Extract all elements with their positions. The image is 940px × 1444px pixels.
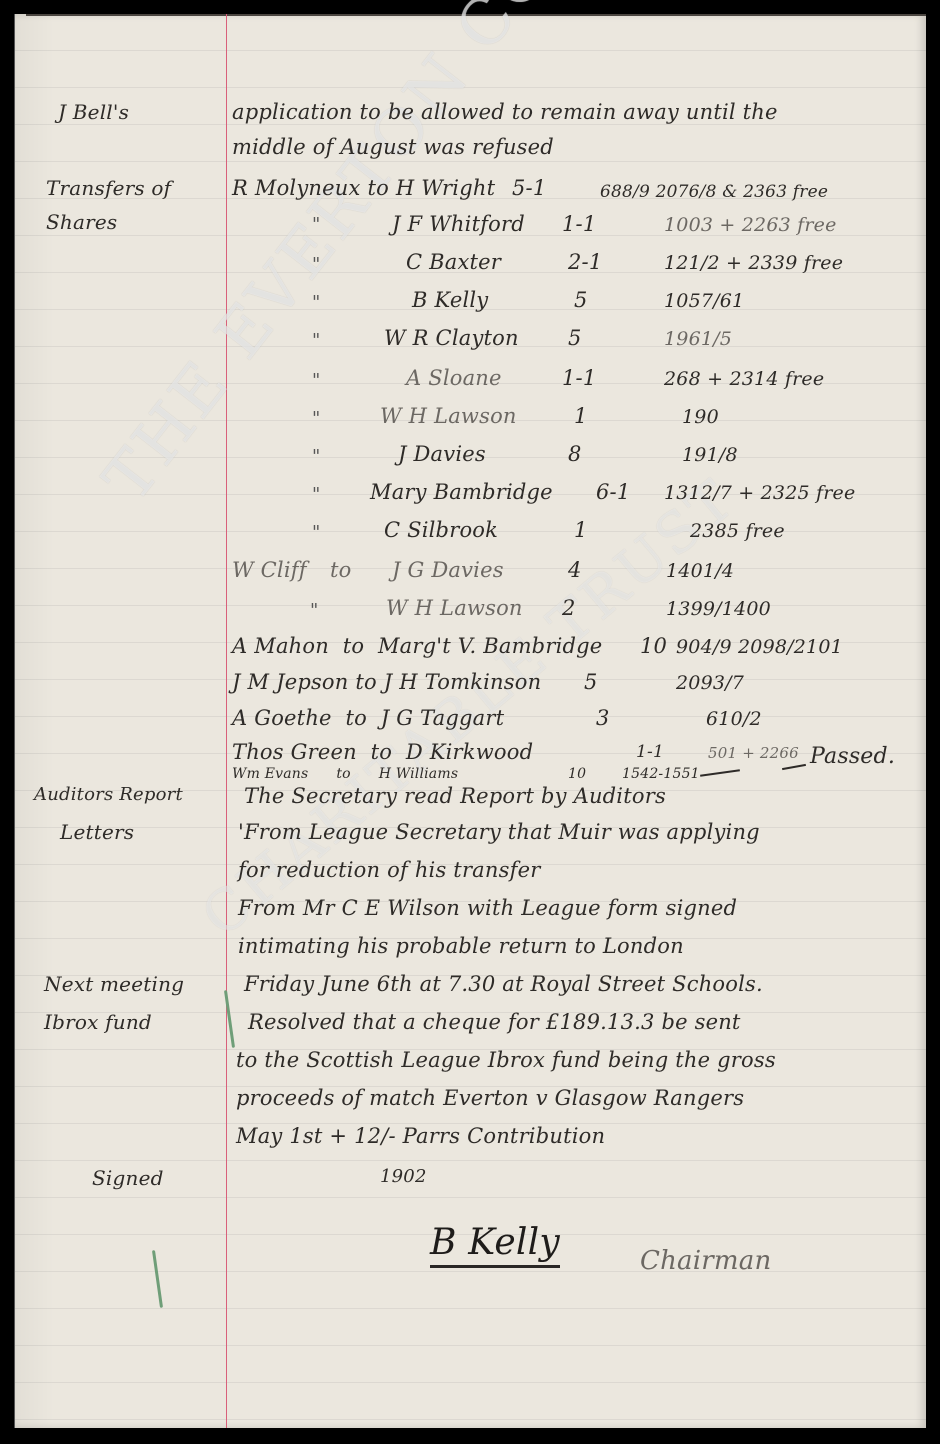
transfer-to: A Sloane (406, 366, 502, 390)
transfer-shares: 8 (568, 442, 582, 466)
transfer-to: J G Davies (392, 558, 504, 582)
transfer-to: C Silbrook (384, 518, 498, 542)
letters-line-4: intimating his probable return to London (238, 934, 684, 958)
transfer-shares: 1-1 (562, 212, 596, 236)
transfer-to-word: to (336, 766, 350, 782)
margin-note-auditors: Auditors Report (34, 784, 183, 805)
ibrox-line-4: May 1st + 12/- Parrs Contribution (236, 1124, 605, 1148)
ditto-mark: " (312, 330, 320, 351)
transfer-row-14: A Goethe to J G Taggart (232, 706, 504, 730)
transfer-to: D Kirkwood (406, 740, 533, 764)
margin-note-shares: Shares (46, 210, 117, 234)
transfer-from: A Mahon (232, 634, 329, 658)
bell-line-1: application to be allowed to remain away… (232, 100, 778, 124)
transfer-numbers: 1003 + 2263 free (664, 214, 837, 236)
transfer-to: Marg't V. Bambridge (378, 634, 602, 658)
margin-note-transfers: Transfers of (46, 176, 171, 200)
transfer-row-16: Wm Evans to H Williams (232, 766, 458, 782)
letters-line-1: 'From League Secretary that Muir was app… (238, 820, 760, 844)
transfer-numbers: 1399/1400 (666, 598, 771, 620)
chairman-signature: B Kelly (430, 1222, 560, 1268)
transfer-shares: 5-1 (512, 176, 546, 200)
margin-note-signed: Signed (92, 1166, 164, 1190)
transfer-shares: 1 (574, 518, 588, 542)
transfer-shares: 10 (568, 766, 586, 782)
transfer-numbers: 1401/4 (666, 560, 734, 582)
margin-note-next-meeting: Next meeting (44, 972, 184, 996)
ditto-mark: " (312, 214, 320, 235)
transfer-shares: 6-1 (596, 480, 630, 504)
ditto-mark: " (312, 522, 320, 543)
transfer-to: J H Tomkinson (384, 670, 542, 694)
transfer-from: R Molyneux (232, 176, 361, 200)
transfer-from: Thos Green (232, 740, 357, 764)
transfer-numbers: 2093/7 (676, 672, 744, 694)
transfer-from: Wm Evans (232, 766, 308, 782)
transfer-to-word: to (343, 634, 364, 658)
transfer-row-13: J M Jepson to J H Tomkinson (232, 670, 541, 694)
transfer-from: J M Jepson (232, 670, 349, 694)
transfer-numbers: 1961/5 (664, 328, 732, 350)
transfer-from: W Cliff (232, 558, 307, 582)
transfer-shares: 10 (640, 634, 667, 658)
transfer-numbers: 688/9 2076/8 & 2363 free (600, 182, 828, 202)
letters-line-3: From Mr C E Wilson with League form sign… (238, 896, 737, 920)
ditto-mark: " (310, 600, 318, 621)
transfer-numbers: 904/9 2098/2101 (676, 636, 843, 658)
transfer-to-word: to (371, 740, 392, 764)
red-margin-rule (226, 14, 227, 1428)
transfer-to-word: to (367, 176, 388, 200)
transfer-to: W H Lawson (386, 596, 523, 620)
transfer-to-word: to (330, 558, 351, 582)
transfer-to: W H Lawson (380, 404, 517, 428)
transfer-shares: 3 (596, 706, 610, 730)
page-top-edge (26, 14, 926, 16)
transfer-row-12: A Mahon to Marg't V. Bambridge (232, 634, 602, 658)
bell-line-2: middle of August was refused (232, 135, 554, 159)
transfer-to-word: to (355, 670, 376, 694)
binding-edge (14, 14, 15, 1428)
transfer-numbers: 268 + 2314 free (664, 368, 824, 390)
transfer-numbers: 1057/61 (664, 290, 744, 312)
transfer-numbers: 190 (682, 406, 719, 428)
transfer-shares: 1-1 (562, 366, 596, 390)
transfer-numbers: 121/2 + 2339 free (664, 252, 843, 274)
auditors-text: The Secretary read Report by Auditors (244, 784, 666, 808)
transfer-shares: 5 (574, 288, 588, 312)
transfer-to: W R Clayton (384, 326, 519, 350)
transfer-to: C Baxter (406, 250, 501, 274)
transfer-to: J Davies (398, 442, 486, 466)
transfer-to: H Wright (396, 176, 495, 200)
transfer-numbers: 610/2 (706, 708, 762, 730)
ditto-mark: " (312, 446, 320, 467)
transfer-numbers: 501 + 2266 (708, 744, 799, 762)
margin-note-letters: Letters (60, 820, 134, 844)
ibrox-line-3: proceeds of match Everton v Glasgow Rang… (236, 1086, 744, 1110)
next-meeting-text: Friday June 6th at 7.30 at Royal Street … (244, 972, 763, 996)
transfer-shares: 4 (568, 558, 582, 582)
transfer-shares: 5 (568, 326, 582, 350)
letters-line-2: for reduction of his transfer (238, 858, 540, 882)
ditto-mark: " (312, 484, 320, 505)
margin-note-bell: J Bell's (58, 100, 129, 124)
transfer-numbers: 2385 free (690, 520, 785, 542)
signature-title: Chairman (640, 1246, 771, 1276)
transfer-numbers: 1312/7 + 2325 free (664, 482, 855, 504)
transfer-to: J G Taggart (381, 706, 505, 730)
transfer-numbers: 191/8 (682, 444, 738, 466)
transfer-to-word: to (345, 706, 366, 730)
margin-note-ibrox-fund: Ibrox fund (44, 1010, 152, 1034)
ibrox-line-2: to the Scottish League Ibrox fund being … (236, 1048, 776, 1072)
ibrox-line-1: Resolved that a cheque for £189.13.3 be … (248, 1010, 741, 1034)
transfer-row-15: Thos Green to D Kirkwood (232, 740, 533, 764)
transfer-shares: 2 (562, 596, 576, 620)
ditto-mark: " (312, 370, 320, 391)
transfer-to: H Williams (379, 766, 459, 782)
transfer-to: Mary Bambridge (370, 480, 553, 504)
ditto-mark: " (312, 292, 320, 313)
transfer-row-0: R Molyneux to H Wright (232, 176, 495, 200)
transfer-to: J F Whitford (392, 212, 525, 236)
transfer-shares: 5 (584, 670, 598, 694)
transfer-from: A Goethe (232, 706, 332, 730)
transfer-shares: 1-1 (636, 742, 664, 762)
transfers-status: Passed. (810, 744, 895, 769)
transfer-numbers: 1542-1551 (622, 766, 700, 782)
signed-date: 1902 (380, 1166, 427, 1187)
ditto-mark: " (312, 408, 320, 429)
transfer-shares: 2-1 (568, 250, 602, 274)
transfer-shares: 1 (574, 404, 588, 428)
transfer-to: B Kelly (412, 288, 488, 312)
ditto-mark: " (312, 254, 320, 275)
